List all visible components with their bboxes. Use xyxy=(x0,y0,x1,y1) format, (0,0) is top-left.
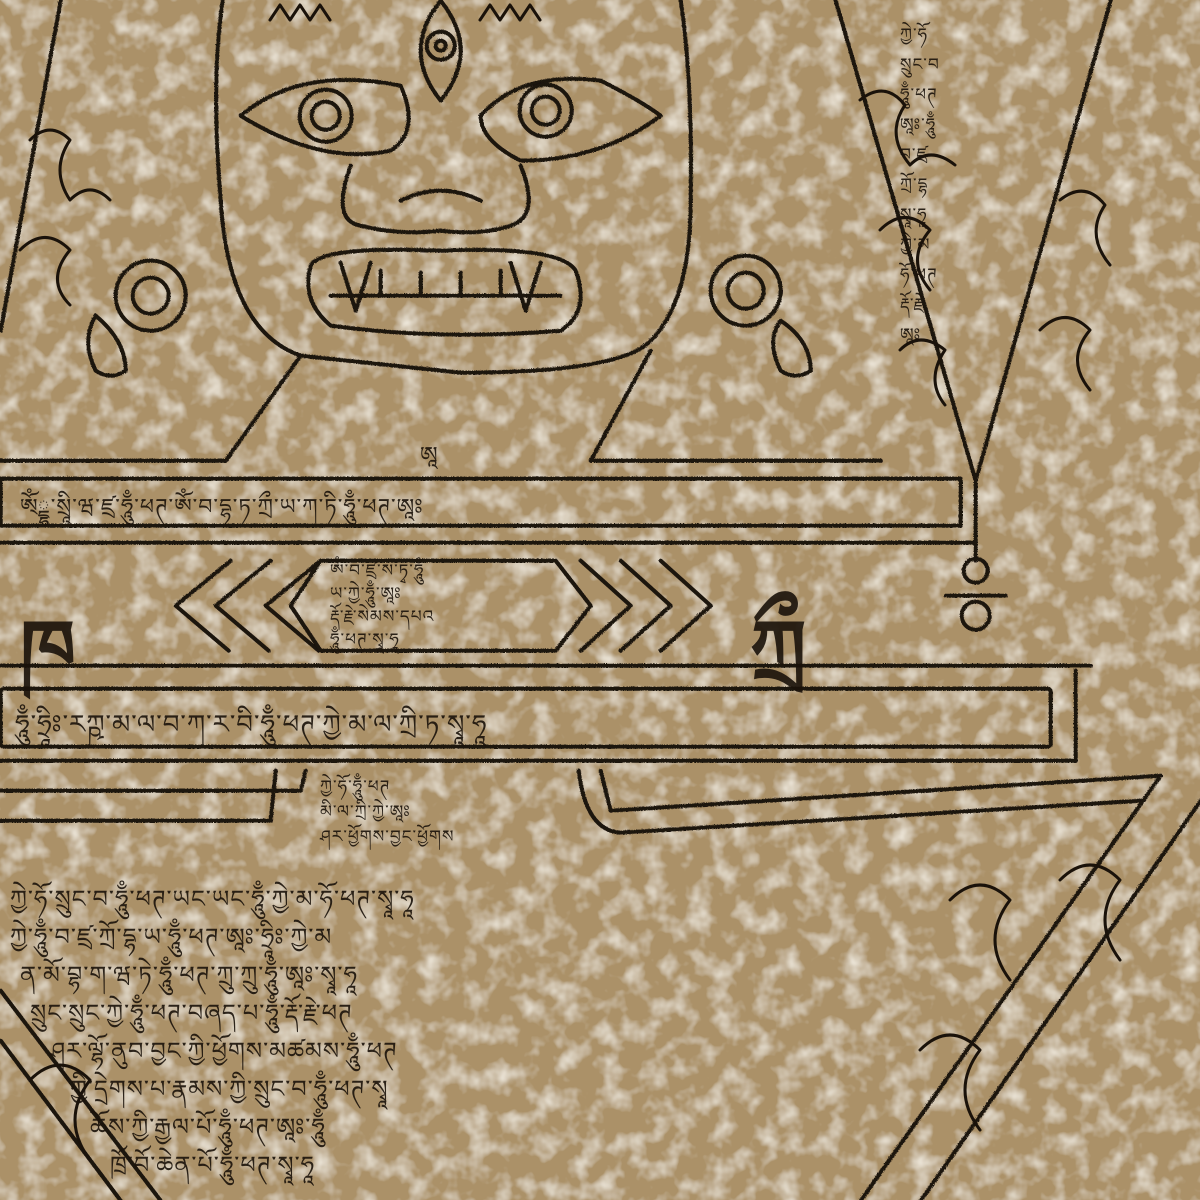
center-text-block: ༀ་བ་ཛྲ་ས་ཏྭ་ཧཱུྃ ཡ་ཀྱེ་ཧཱུྃ་ཨཱཿ རྡོ་རྗེ་… xyxy=(330,560,434,652)
big-glyph-right: ཀྲྀ xyxy=(750,560,807,785)
script-band-top-text: ༀ྄ྡྷ་སྲཱི་ཝ་ཛྲ་ཧཱུྃ་ཕཊ་ༀ་བ་དྷ་ཏ་ཀྲྀ་ཡ་ཀ་… xyxy=(20,482,424,544)
script-band-middle-text: ཧཱུྃ་ཧྲཱིཿ་རཀྵ་མ་ལ་བ་ཀ་ར་བི་ཧཱུྃ་ཕཊ་ཀྱེ་… xyxy=(15,696,488,769)
body-text-block: ཀྱེ་ཧོ་སྲུང་བ་ཧཱུྃ་ཕཊ་ཡང་ཡང་ཧཱུྃ་ཀྱེ་མ་ཧ… xyxy=(10,880,415,1184)
chin-glyph: ཨཱ xyxy=(420,430,439,492)
right-column-text: ཀྱེ་ཧོ སྲུང་བ ཧཱུྃ་ཕཊ ཨཱཿ་ཧཱུྃ བ་ཛྲ ཀྲོ་… xyxy=(900,20,940,350)
big-glyph-left: ཁ xyxy=(20,560,77,785)
under-band-text: ཀྱེ་ཧོ་ཧཱུྃ་ཕཊ མི་ལ་ཀྲི་ཀྱེ་ཨཱཿ ཤར་ཕྱོགས… xyxy=(320,775,454,850)
